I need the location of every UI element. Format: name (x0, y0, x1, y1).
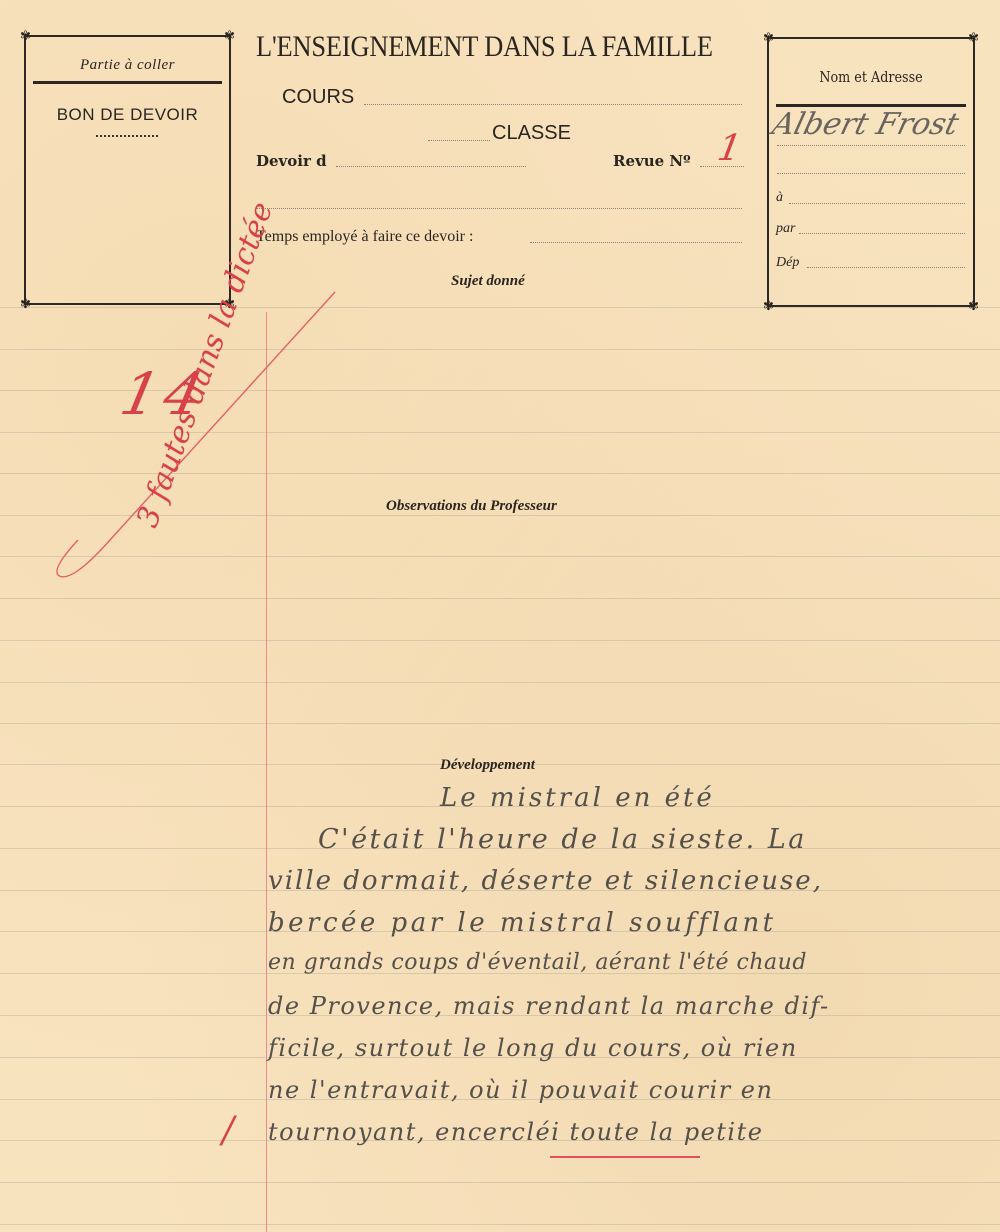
observations-label: Observations du Professeur (386, 498, 557, 515)
essay-line: en grands coups d'éventail, aérant l'été… (268, 950, 807, 975)
essay-line: de Provence, mais rendant la marche dif- (268, 992, 830, 1020)
essay-title: Le mistral en été (440, 783, 715, 813)
essay-line: bercée par le mistral soufflant (268, 908, 777, 938)
essay-line: C'était l'heure de la sieste. La (318, 824, 807, 855)
essay-line: ne l'entravait, où il pouvait courir en (268, 1076, 773, 1104)
margin-error-mark: / (222, 1110, 234, 1151)
essay-line: tournoyant, encercléi toute la petite (268, 1118, 763, 1146)
essay-line: ville dormait, déserte et silencieuse, (268, 866, 823, 896)
developpement-label: Développement (440, 757, 535, 774)
essay-line: ficile, surtout le long du cours, où rie… (268, 1034, 798, 1062)
